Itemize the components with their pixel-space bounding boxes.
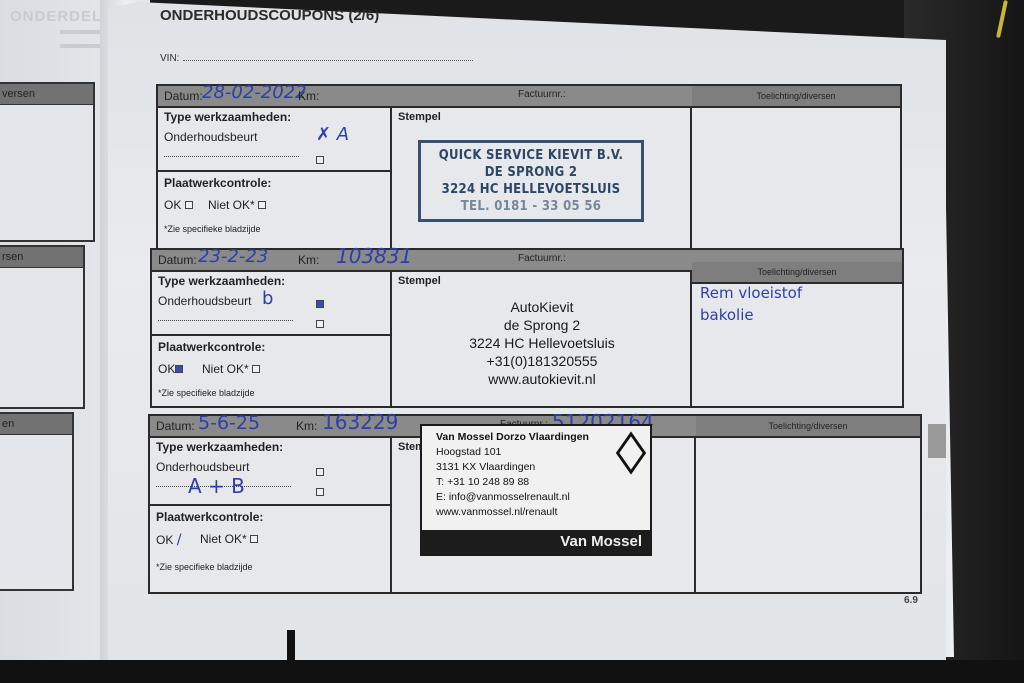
niet-ok-checkbox[interactable] (250, 535, 258, 543)
ok-checkbox[interactable] (185, 201, 193, 209)
niet-ok-text: Niet OK* (202, 362, 249, 376)
km-value: 163229 (322, 410, 398, 434)
toelichting-column: Toelichting/diversen (696, 416, 920, 592)
ok-label: OK / (156, 532, 181, 548)
niet-ok-checkbox[interactable] (258, 201, 266, 209)
niet-ok-label: Niet OK* (208, 198, 266, 212)
dark-background-bottom (0, 660, 1024, 683)
datum-value: 23-2-23 (198, 246, 268, 267)
ghost-text-line (60, 30, 100, 34)
stempel-label: Stempel (398, 275, 441, 287)
km-value: 103831 (336, 244, 412, 268)
datum-label: Datum: (158, 253, 197, 267)
work-type-column: Type werkzaamheden: Onderhoudsbeurt A + … (150, 438, 392, 592)
ok-text: OK (164, 198, 181, 212)
ok-label: OK (164, 198, 193, 212)
ok-text: OK (158, 362, 175, 376)
work-type-column: Type werkzaamheden: Onderhoudsbeurt ✗ A … (158, 108, 392, 249)
coupon-1: Datum: 28-02-2022 Km: Factuurnr.: Type w… (156, 84, 902, 251)
stamp-column: Stempel AutoKievit de Sprong 2 3224 HC H… (392, 272, 692, 406)
footnote: *Zie specifieke bladzijde (158, 388, 255, 398)
extra-work-value: A + B (188, 474, 245, 498)
type-werkzaamheden-label: Type werkzaamheden: (156, 440, 283, 454)
stamp-line: Van Mossel Dorzo Vlaardingen (436, 430, 589, 445)
coupon-2: Datum: 23-2-23 Km: 103831 Factuurnr.: To… (150, 248, 904, 408)
stamp-line: AutoKievit (442, 298, 642, 316)
extra-work-checkbox[interactable] (316, 156, 324, 164)
stamp-address: Van Mossel Dorzo Vlaardingen Hoogstad 10… (436, 430, 589, 520)
factuurnr-label: Factuurnr.: (518, 253, 566, 264)
note-line: Rem vloeistof (700, 282, 802, 304)
toelichting-header: Toelichting/diversen (692, 86, 900, 108)
extra-work-dotted-line (164, 156, 299, 157)
onderhoudsbeurt-checkbox[interactable] (316, 468, 324, 476)
stamp-line: DE SPRONG 2 (427, 164, 635, 181)
page-number: 6.9 (904, 595, 918, 606)
niet-ok-label: Niet OK* (200, 532, 258, 546)
page-title: ONDERHOUDSCOUPONS (2/6) (160, 7, 379, 24)
footnote: *Zie specifieke bladzijde (164, 224, 261, 234)
factuurnr-label: Factuurnr.: (518, 89, 566, 100)
stamp-column: Stempel Van Mossel Dorzo Vlaardingen Hoo… (392, 438, 696, 592)
toelichting-column: Toelichting/diversen Rem vloeistof bakol… (692, 262, 902, 406)
section-separator (152, 334, 390, 336)
onderhoudsbeurt-checkbox[interactable] (316, 300, 324, 308)
datum-label: Datum: (156, 419, 195, 433)
stamp-column: Stempel QUICK SERVICE KIEVIT B.V. DE SPR… (392, 108, 692, 249)
onderhoudsbeurt-label: Onderhoudsbeurt (156, 460, 249, 474)
plaatwerkcontrole-label: Plaatwerkcontrole: (158, 340, 265, 354)
stempel-label: Stempel (398, 111, 441, 123)
left-coupon-block: rsen (0, 245, 85, 409)
onderhoudsbeurt-mark: b (262, 288, 273, 309)
onderhoudsbeurt-label: Onderhoudsbeurt (158, 294, 251, 308)
ok-label: OK (158, 362, 183, 376)
yellow-stitch (996, 0, 1008, 38)
toelichting-note: Rem vloeistof bakolie (700, 282, 802, 326)
niet-ok-text: Niet OK* (208, 198, 255, 212)
km-label: Km: (296, 419, 317, 433)
footnote: *Zie specifieke bladzijde (156, 562, 253, 572)
section-tab-marker (928, 424, 946, 458)
stamp-line: 3131 KX Vlaardingen (436, 460, 589, 475)
work-type-column: Type werkzaamheden: Onderhoudsbeurt b Pl… (152, 272, 392, 406)
datum-value: 28-02-2022 (202, 82, 307, 103)
stamp-line: Hoogstad 101 (436, 445, 589, 460)
ghost-text-line (60, 44, 100, 48)
km-label: Km: (298, 253, 319, 267)
stamp-line: QUICK SERVICE KIEVIT B.V. (427, 147, 635, 164)
stamp-line: www.autokievit.nl (442, 370, 642, 388)
ok-checkmark-icon[interactable]: / (177, 532, 182, 548)
type-werkzaamheden-label: Type werkzaamheden: (164, 110, 291, 124)
dealer-printed-stamp: AutoKievit de Sprong 2 3224 HC Hellevoet… (442, 298, 642, 388)
extra-work-checkbox[interactable] (316, 488, 324, 496)
onderhoudsbeurt-label: Onderhoudsbeurt (164, 130, 257, 144)
note-line: bakolie (700, 304, 802, 326)
onderhoudsbeurt-mark: ✗ A (316, 124, 349, 145)
stamp-line: www.vanmossel.nl/renault (436, 505, 589, 520)
toelichting-header: Toelichting/diversen (696, 416, 920, 438)
toelichting-column: Toelichting/diversen (692, 86, 900, 249)
stamp-line: 3224 HC Hellevoetsluis (442, 334, 642, 352)
plaatwerkcontrole-label: Plaatwerkcontrole: (156, 510, 263, 524)
stamp-line: TEL. 0181 - 33 05 56 (427, 198, 635, 215)
section-separator (150, 504, 390, 506)
coupon-3: Datum: 5-6-25 Km: 163229 Factuurnr.: 512… (148, 414, 922, 594)
niet-ok-text: Niet OK* (200, 532, 247, 546)
renault-diamond-icon (616, 431, 646, 474)
left-coupon-header: versen (0, 84, 93, 105)
bookmark-ribbon (287, 630, 295, 660)
section-separator (158, 170, 390, 172)
stamp-line: T: +31 10 248 89 88 (436, 475, 589, 490)
stamp-line: +31(0)181320555 (442, 352, 642, 370)
niet-ok-label: Niet OK* (202, 362, 260, 376)
stamp-line: de Sprong 2 (442, 316, 642, 334)
datum-value: 5-6-25 (198, 412, 260, 434)
stamp-brand-bar: Van Mossel (422, 530, 650, 554)
stamp-line: 3224 HC HELLEVOETSLUIS (427, 181, 635, 198)
toelichting-header: Toelichting/diversen (692, 262, 902, 284)
stamp-line: E: info@vanmosselrenault.nl (436, 490, 589, 505)
extra-work-checkbox[interactable] (316, 320, 324, 328)
left-coupon-header: rsen (0, 247, 83, 268)
left-coupon-header: en (0, 414, 72, 435)
left-coupon-block: en (0, 412, 74, 591)
vin-label: VIN: (160, 53, 179, 64)
dealer-ink-stamp: QUICK SERVICE KIEVIT B.V. DE SPRONG 2 32… (418, 140, 644, 222)
niet-ok-checkbox[interactable] (252, 365, 260, 373)
vin-dotted-line (183, 60, 473, 61)
datum-label: Datum: (164, 89, 203, 103)
extra-work-dotted-line (158, 320, 293, 321)
vin-field: VIN: (160, 53, 473, 64)
type-werkzaamheden-label: Type werkzaamheden: (158, 274, 285, 288)
ok-checkbox[interactable] (175, 365, 183, 373)
left-coupon-block: versen (0, 82, 95, 242)
plaatwerkcontrole-label: Plaatwerkcontrole: (164, 176, 271, 190)
dealer-van-mossel-stamp: Van Mossel Dorzo Vlaardingen Hoogstad 10… (420, 424, 652, 556)
ok-text: OK (156, 533, 173, 547)
km-label: Km: (298, 89, 319, 103)
